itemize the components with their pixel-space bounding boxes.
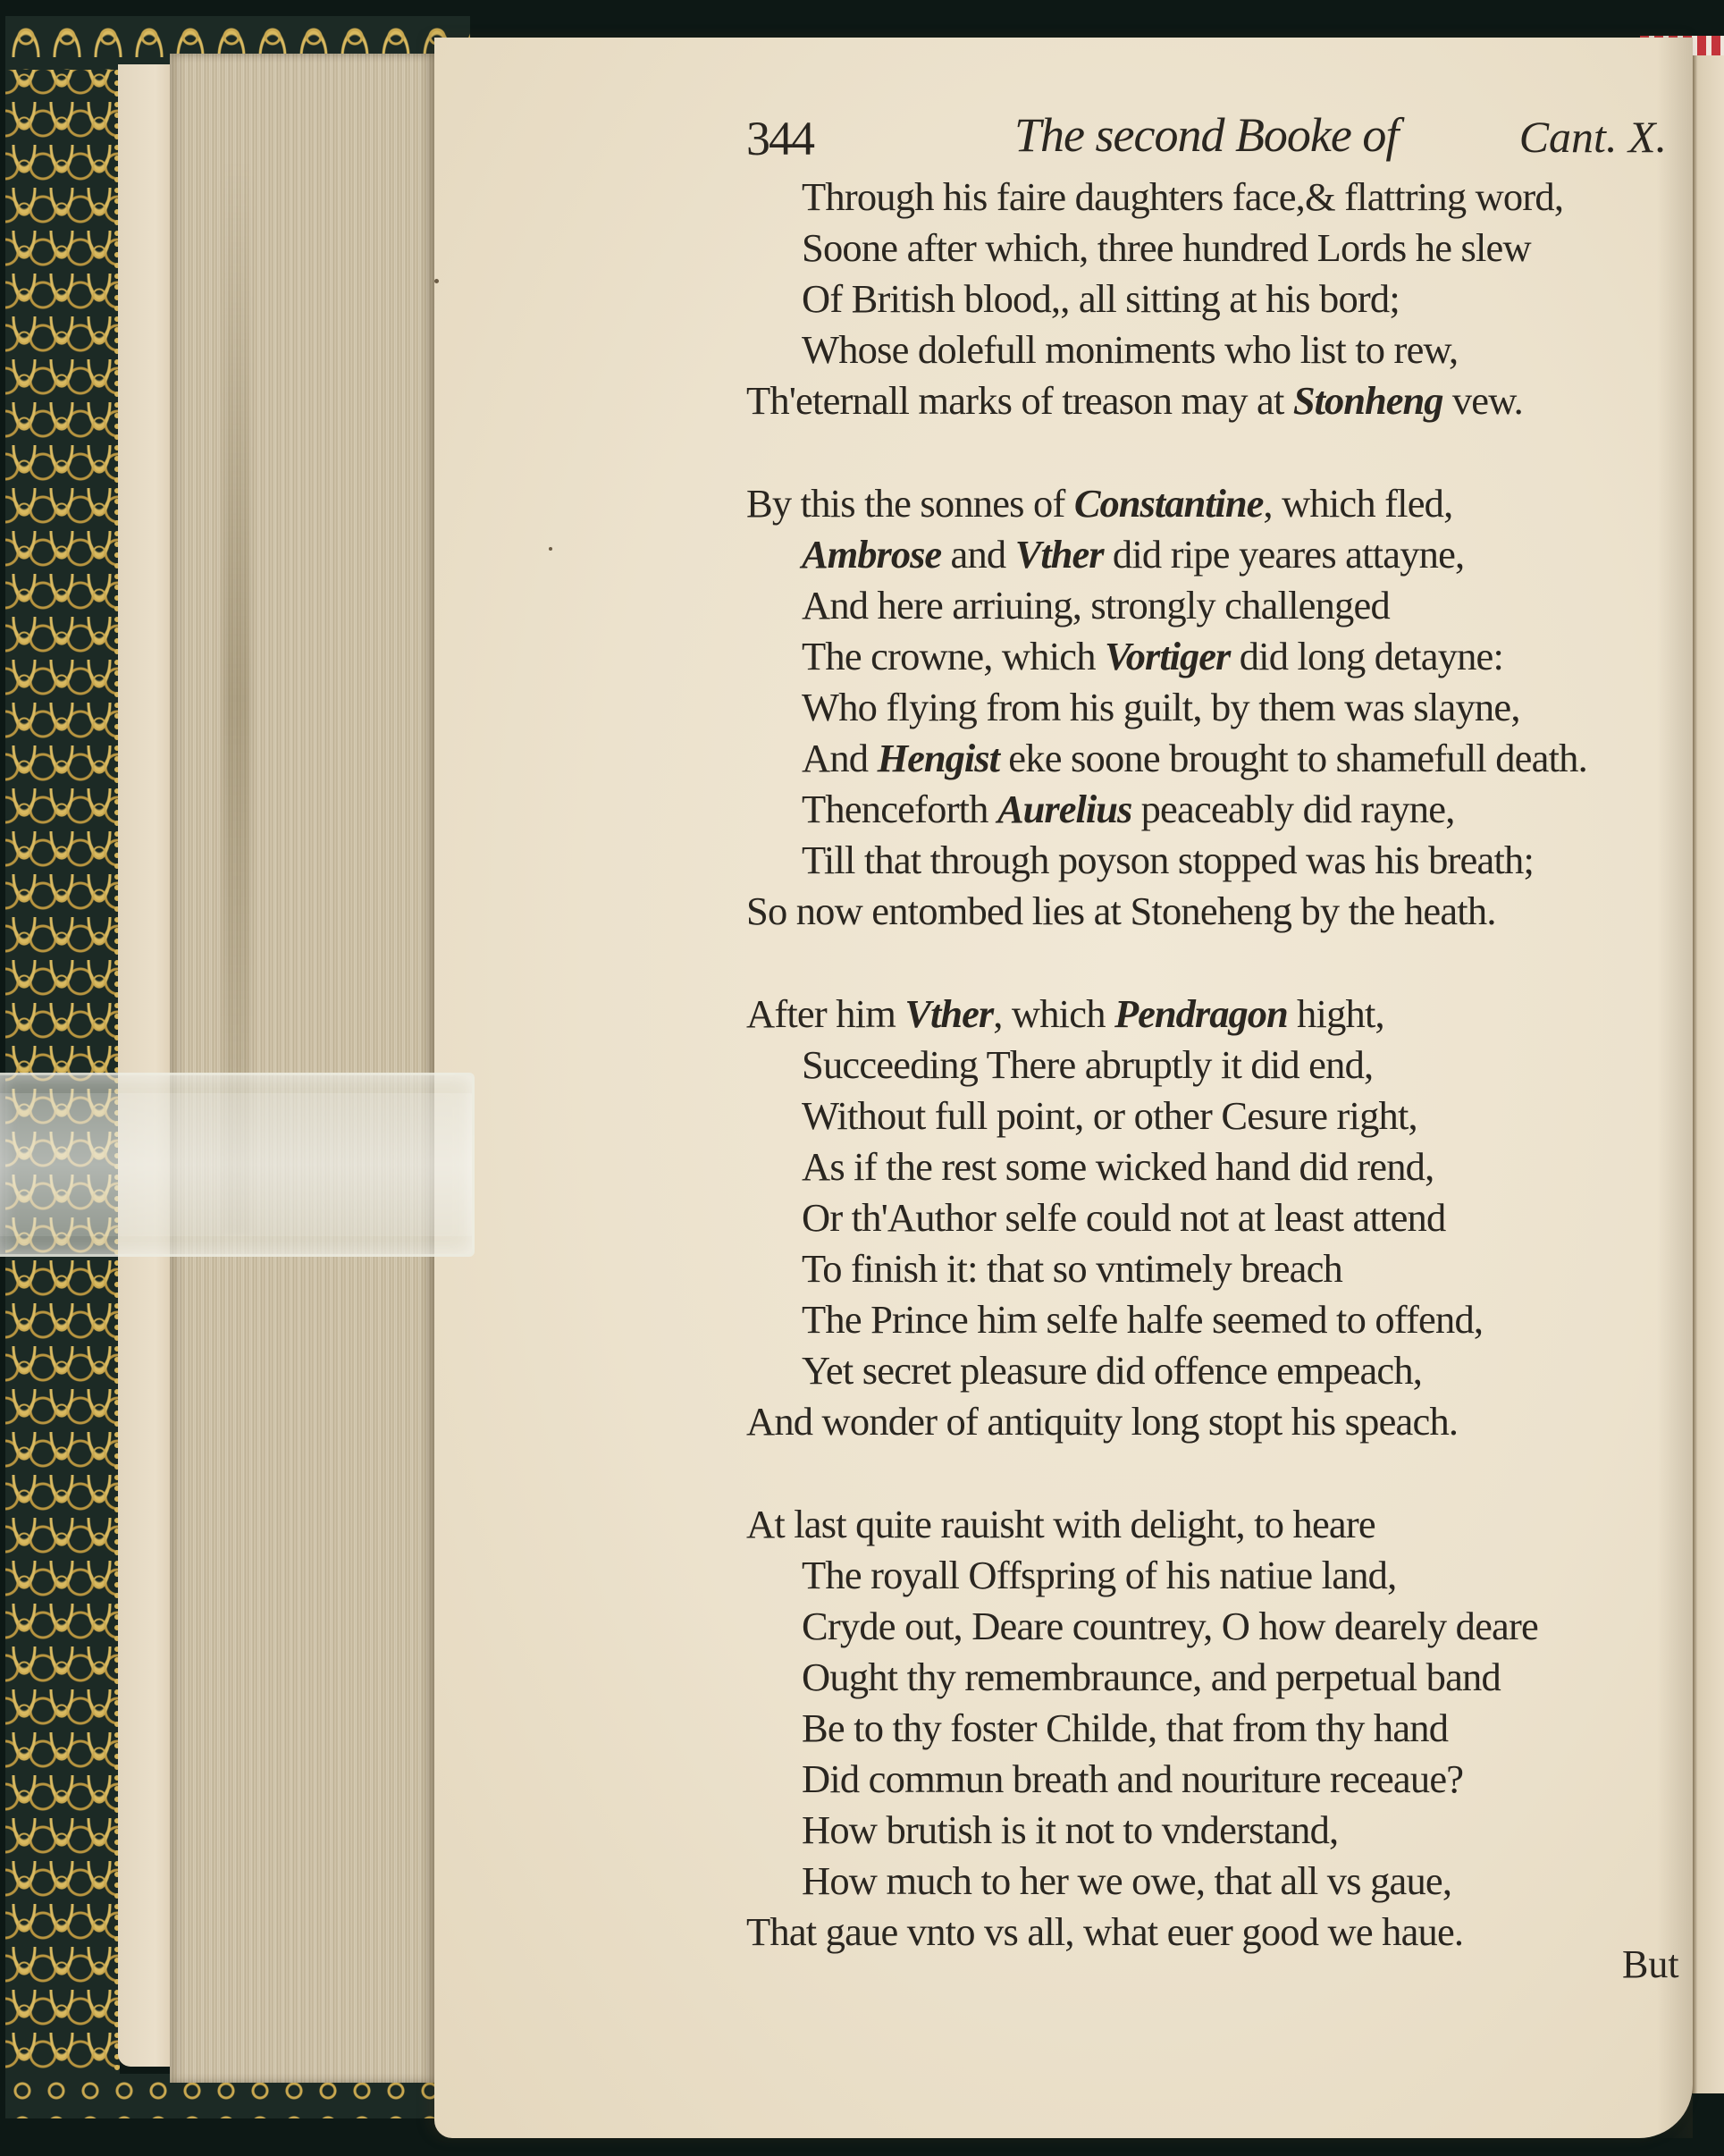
gilt-cover-border [5, 16, 120, 2115]
stanza: By this the sonnes of Constantine, which… [746, 478, 1667, 937]
verse-text: And here arriuing, strongly challenged [802, 583, 1390, 627]
stanza: Through his faire daughters face,& flatt… [746, 172, 1667, 426]
verse-text: did long detayne: [1230, 634, 1503, 678]
verse-text: peaceably did rayne, [1131, 787, 1454, 831]
verse-line: And here arriuing, strongly challenged [746, 580, 1667, 631]
verse-line: Through his faire daughters face,& flatt… [746, 172, 1667, 223]
verse-line: Th'eternall marks of treason may at Ston… [746, 375, 1667, 426]
verse-text: That gaue vnto vs all, what euer good we… [746, 1909, 1463, 1954]
verse-line: The royall Offspring of his natiue land, [746, 1550, 1667, 1601]
verse-text: How brutish is it not to vnderstand, [802, 1807, 1338, 1852]
verse-line: Without full point, or other Cesure righ… [746, 1091, 1667, 1141]
verse-text: Whose dolefull moniments who list to rew… [802, 327, 1458, 372]
verse-line: Soone after which, three hundred Lords h… [746, 223, 1667, 274]
verse-text: Did commun breath and nouriture receaue? [802, 1756, 1463, 1801]
verse-line: Ought thy remembraunce, and perpetual ba… [746, 1652, 1667, 1703]
page-number: 344 [746, 111, 813, 166]
verse-line: And wonder of antiquity long stopt his s… [746, 1396, 1667, 1447]
verse-text: And [802, 736, 878, 780]
verse-text: , which fled, [1263, 481, 1452, 526]
verse-text: To finish it: that so vntimely breach [802, 1246, 1342, 1291]
verse-text: As if the rest some wicked hand did rend… [802, 1144, 1434, 1189]
verse-text: After him [746, 991, 904, 1036]
verse-text: By this the sonnes of [746, 481, 1074, 526]
verse-line: To finish it: that so vntimely breach [746, 1243, 1667, 1294]
italic-proper-name: Vther [1015, 532, 1104, 577]
verse-text: Ought thy remembraunce, and perpetual ba… [802, 1655, 1501, 1699]
text-block: 344 The second Booke of Cant. X. Through… [746, 107, 1667, 2009]
verse-line: After him Vther, which Pendragon hight, [746, 989, 1667, 1040]
verse-text: Of British blood,, all sitting at his bo… [802, 276, 1400, 321]
catchword: But [1622, 1941, 1679, 1987]
ink-speck [434, 279, 439, 283]
verse-line: Thenceforth Aurelius peaceably did rayne… [746, 784, 1667, 835]
verse-text: did ripe yeares attayne, [1104, 532, 1465, 577]
verse-line: By this the sonnes of Constantine, which… [746, 478, 1667, 529]
italic-proper-name: Aurelius [997, 787, 1131, 831]
verse-line: The Prince him selfe halfe seemed to off… [746, 1294, 1667, 1345]
stanza: After him Vther, which Pendragon hight,S… [746, 989, 1667, 1447]
verse-text: Till that through poyson stopped was his… [802, 838, 1534, 882]
verse-line: Or th'Author selfe could not at least at… [746, 1192, 1667, 1243]
verse-text: Cryde out, Deare countrey, O how dearely… [802, 1604, 1538, 1648]
verse-text: At last quite rauisht with delight, to h… [746, 1502, 1375, 1546]
verse-line: That gaue vnto vs all, what euer good we… [746, 1907, 1667, 1958]
verse-line: So now entombed lies at Stoneheng by the… [746, 886, 1667, 937]
verse-text: eke soone brought to shamefull death. [999, 736, 1587, 780]
italic-proper-name: Constantine [1074, 481, 1264, 526]
verse-text: So now entombed lies at Stoneheng by the… [746, 889, 1496, 933]
italic-proper-name: Vther [904, 991, 993, 1036]
verse-line: Who flying from his guilt, by them was s… [746, 682, 1667, 733]
verse-line: How much to her we owe, that all vs gaue… [746, 1856, 1667, 1907]
page-fore-edges [170, 54, 438, 2083]
running-head: 344 The second Booke of Cant. X. [746, 107, 1667, 172]
verse-text: hight, [1288, 991, 1384, 1036]
verse-line: As if the rest some wicked hand did rend… [746, 1141, 1667, 1192]
verse-line: And Hengist eke soone brought to shamefu… [746, 733, 1667, 784]
italic-proper-name: Ambrose [802, 532, 941, 577]
verse-line: Succeeding There abruptly it did end, [746, 1040, 1667, 1091]
verse-text: The royall Offspring of his natiue land, [802, 1553, 1396, 1597]
canto-label: Cant. X. [1519, 111, 1667, 163]
verse-line: Ambrose and Vther did ripe yeares attayn… [746, 529, 1667, 580]
verse-text: vew. [1443, 378, 1524, 423]
clear-page-clip [0, 1073, 475, 1257]
italic-proper-name: Vortiger [1105, 634, 1230, 678]
verse-text: and [941, 532, 1015, 577]
poem-body: Through his faire daughters face,& flatt… [746, 172, 1667, 1958]
verse-text: The Prince him selfe halfe seemed to off… [802, 1297, 1483, 1342]
verse-text: And wonder of antiquity long stopt his s… [746, 1399, 1458, 1444]
verse-text: Th'eternall marks of treason may at [746, 378, 1293, 423]
verse-text: Without full point, or other Cesure righ… [802, 1093, 1417, 1138]
verse-line: How brutish is it not to vnderstand, [746, 1805, 1667, 1856]
verse-line: Of British blood,, all sitting at his bo… [746, 274, 1667, 324]
verse-text: The crowne, which [802, 634, 1105, 678]
italic-proper-name: Stonheng [1293, 378, 1443, 423]
italic-proper-name: Hengist [878, 736, 999, 780]
verse-text: Through his faire daughters face,& flatt… [802, 174, 1563, 219]
verse-line: The crowne, which Vortiger did long deta… [746, 631, 1667, 682]
verse-line: Did commun breath and nouriture receaue? [746, 1754, 1667, 1805]
verse-line: Cryde out, Deare countrey, O how dearely… [746, 1601, 1667, 1652]
verse-text: Succeeding There abruptly it did end, [802, 1042, 1373, 1087]
verse-text: Yet secret pleasure did offence empeach, [802, 1348, 1422, 1393]
verse-text: Thenceforth [802, 787, 997, 831]
facing-page-edge [1691, 55, 1724, 2093]
verse-text: How much to her we owe, that all vs gaue… [802, 1858, 1451, 1903]
verse-line: Till that through poyson stopped was his… [746, 835, 1667, 886]
verse-text: Be to thy foster Childe, that from thy h… [802, 1705, 1448, 1750]
running-title: The second Booke of [1014, 107, 1398, 163]
stanza: At last quite rauisht with delight, to h… [746, 1499, 1667, 1958]
verse-text: Soone after which, three hundred Lords h… [802, 225, 1531, 270]
verse-line: Yet secret pleasure did offence empeach, [746, 1345, 1667, 1396]
verse-line: Whose dolefull moniments who list to rew… [746, 324, 1667, 375]
verse-line: At last quite rauisht with delight, to h… [746, 1499, 1667, 1550]
italic-proper-name: Pendragon [1114, 991, 1288, 1036]
verse-line: Be to thy foster Childe, that from thy h… [746, 1703, 1667, 1754]
verse-text: , which [993, 991, 1114, 1036]
book-photograph: 344 The second Booke of Cant. X. Through… [0, 0, 1724, 2156]
ink-speck [549, 547, 552, 551]
verse-text: Who flying from his guilt, by them was s… [802, 685, 1520, 729]
verse-text: Or th'Author selfe could not at least at… [802, 1195, 1445, 1240]
